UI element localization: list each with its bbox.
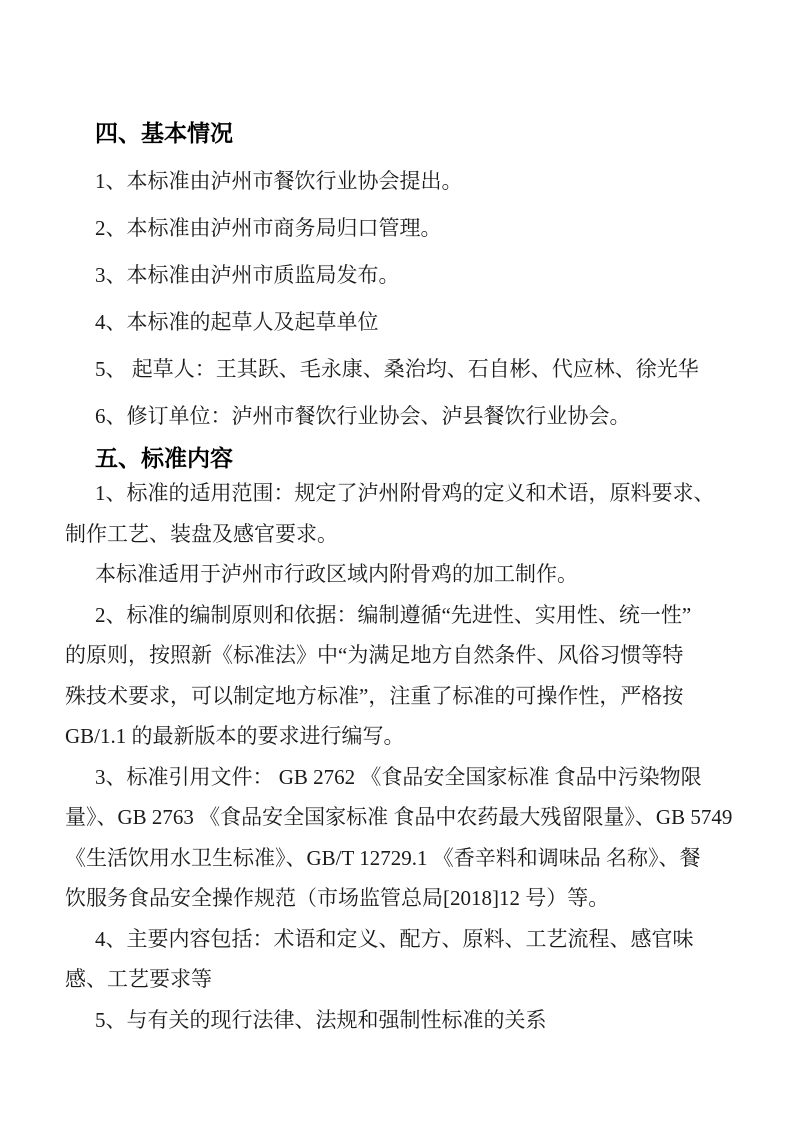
text-line: 3、标准引用文件： GB 2762 《食品安全国家标准 食品中污染物限 [65, 757, 730, 798]
document-page: 四、基本情况 1、本标准由泸州市餐饮行业协会提出。 2、本标准由泸州市商务局归口… [0, 0, 793, 1122]
text-line: 量》、GB 2763 《食品安全国家标准 食品中农药最大残留限量》、GB 574… [65, 797, 730, 838]
basic-item-2: 2、本标准由泸州市商务局归口管理。 [65, 214, 730, 242]
basic-item-5: 5、 起草人：王其跃、毛永康、桑治均、石自彬、代应林、徐光华 [65, 355, 730, 383]
basic-item-6: 6、修订单位：泸州市餐饮行业协会、泸县餐饮行业协会。 [65, 402, 730, 430]
text-line: 《生活饮用水卫生标准》、GB/T 12729.1 《香辛料和调味品 名称》、餐 [65, 838, 730, 879]
text-line: 5、与有关的现行法律、法规和强制性标准的关系 [65, 1000, 730, 1041]
document-content: 四、基本情况 1、本标准由泸州市餐饮行业协会提出。 2、本标准由泸州市商务局归口… [65, 118, 730, 1040]
content-paragraph-2: 本标准适用于泸州市行政区域内附骨鸡的加工制作。 [65, 554, 730, 595]
basic-item-4: 4、本标准的起草人及起草单位 [65, 308, 730, 336]
basic-item-1: 1、本标准由泸州市餐饮行业协会提出。 [65, 167, 730, 195]
text-line: 殊技术要求，可以制定地方标准”，注重了标准的可操作性，严格按 [65, 676, 730, 717]
content-paragraph-6: 5、与有关的现行法律、法规和强制性标准的关系 [65, 1000, 730, 1041]
text-line: 2、标准的编制原则和依据：编制遵循“先进性、实用性、统一性” [65, 595, 730, 636]
text-line: GB/1.1 的最新版本的要求进行编写。 [65, 716, 730, 757]
text-line: 1、标准的适用范围：规定了泸州附骨鸡的定义和术语，原料要求、 [65, 473, 730, 514]
text-line: 制作工艺、装盘及感官要求。 [65, 514, 730, 555]
text-line: 本标准适用于泸州市行政区域内附骨鸡的加工制作。 [65, 554, 730, 595]
content-paragraph-5: 4、主要内容包括：术语和定义、配方、原料、工艺流程、感官味 感、工艺要求等 [65, 919, 730, 1000]
text-line: 感、工艺要求等 [65, 959, 730, 1000]
basic-item-3: 3、本标准由泸州市质监局发布。 [65, 261, 730, 289]
text-line: 的原则，按照新《标准法》中“为满足地方自然条件、风俗习惯等特 [65, 635, 730, 676]
section-content-heading: 五、标准内容 [95, 443, 730, 473]
text-line: 饮服务食品安全操作规范（市场监管总局[2018]12 号）等。 [65, 878, 730, 919]
section-basic-heading: 四、基本情况 [95, 118, 730, 148]
content-paragraph-1: 1、标准的适用范围：规定了泸州附骨鸡的定义和术语，原料要求、 制作工艺、装盘及感… [65, 473, 730, 554]
content-paragraph-3: 2、标准的编制原则和依据：编制遵循“先进性、实用性、统一性” 的原则，按照新《标… [65, 595, 730, 757]
text-line: 4、主要内容包括：术语和定义、配方、原料、工艺流程、感官味 [65, 919, 730, 960]
content-paragraph-4: 3、标准引用文件： GB 2762 《食品安全国家标准 食品中污染物限 量》、G… [65, 757, 730, 919]
